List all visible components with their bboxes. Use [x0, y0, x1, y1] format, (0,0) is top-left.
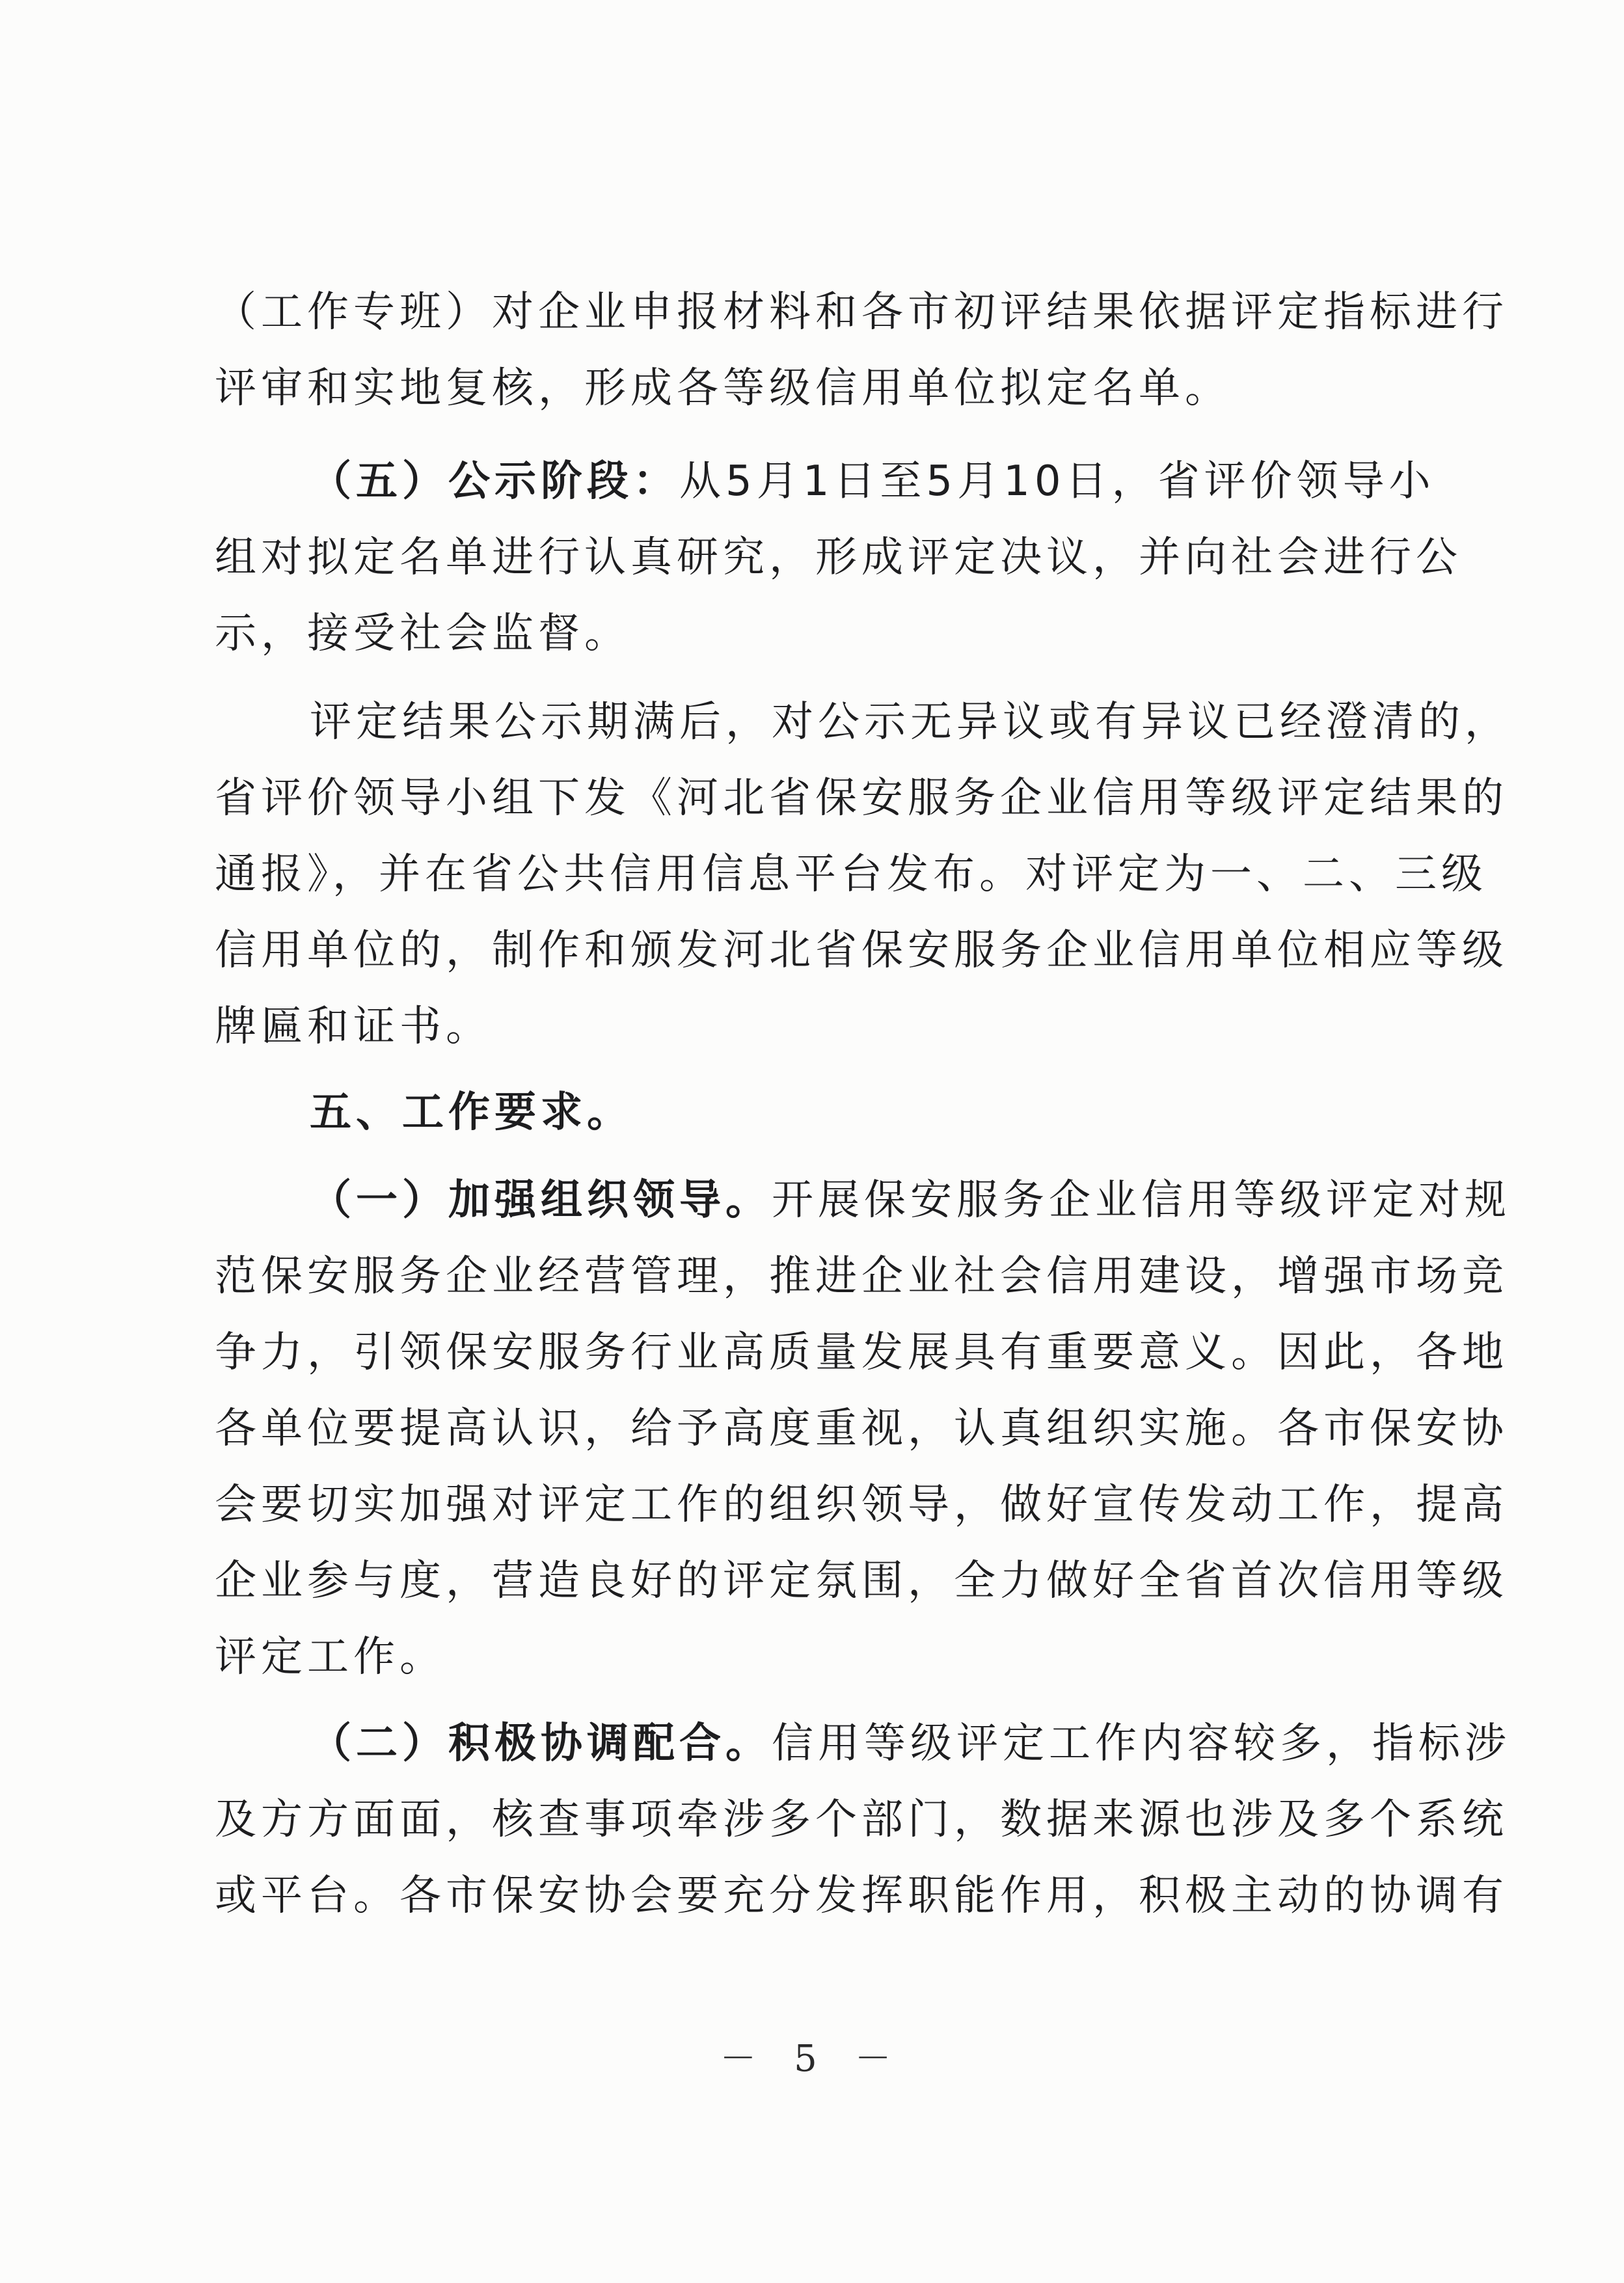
line-text: 省评价领导小组下发《河北省保安服务企业信用等级评定结果的: [215, 774, 1508, 822]
line-text: 及方方面面，核查事项牵涉多个部门，数据来源也涉及多个系统: [215, 1796, 1508, 1844]
paragraph-line: 省评价领导小组下发《河北省保安服务企业信用等级评定结果的: [215, 766, 1405, 831]
line-text: 示，接受社会监督。: [215, 610, 630, 658]
line-text: 企业参与度，营造良好的评定氛围，全力做好全省首次信用等级: [215, 1557, 1508, 1605]
line-text: （工作专班）对企业申报材料和各市初评结果依据评定指标进行: [215, 288, 1508, 336]
paragraph-line: 各单位要提高认识，给予高度重视，认真组织实施。各市保安协: [215, 1396, 1405, 1461]
subsection-publicity-stage: （五）公示阶段：从5月1日至5月10日，省评价领导小: [310, 449, 1405, 514]
paragraph-line: （工作专班）对企业申报材料和各市初评结果依据评定指标进行: [215, 280, 1405, 345]
paragraph-line: 评定结果公示期满后，对公示无异议或有异议已经澄清的，: [310, 690, 1405, 755]
line-text: 信用等级评定工作内容较多，指标涉: [772, 1720, 1511, 1768]
section-heading-work-requirements: 五、工作要求。: [310, 1080, 1405, 1145]
paragraph-line: 评定工作。: [215, 1625, 1405, 1690]
line-text: 组对拟定名单进行认真研究，形成评定决议，并向社会进行公: [215, 534, 1462, 582]
line-text: 范保安服务企业经营管理，推进企业社会信用建设，增强市场竞: [215, 1252, 1508, 1301]
section-heading: 五、工作要求。: [310, 1088, 633, 1137]
document-page: （工作专班）对企业申报材料和各市初评结果依据评定指标进行 评审和实地复核，形成各…: [0, 0, 1624, 2283]
line-text: 评定工作。: [215, 1633, 446, 1681]
paragraph-line: 及方方面面，核查事项牵涉多个部门，数据来源也涉及多个系统: [215, 1787, 1405, 1852]
line-text: 各单位要提高认识，给予高度重视，认真组织实施。各市保安协: [215, 1405, 1508, 1453]
paragraph-line: 通报》，并在省公共信用信息平台发布。对评定为一、二、三级: [215, 842, 1405, 907]
paragraph-line: 评审和实地复核，形成各等级信用单位拟定名单。: [215, 356, 1405, 421]
subsection-strengthen-leadership: （一）加强组织领导。开展保安服务企业信用等级评定对规: [310, 1168, 1405, 1233]
paragraph-line: 争力，引领保安服务行业高质量发展具有重要意义。因此，各地: [215, 1320, 1405, 1385]
paragraph-line: 示，接受社会监督。: [215, 601, 1405, 666]
subsection-heading: （二）积极协调配合。: [310, 1720, 772, 1768]
page-number: － 5 －: [0, 2030, 1624, 2082]
line-text: 会要切实加强对评定工作的组织领导，做好宣传发动工作，提高: [215, 1481, 1508, 1529]
subsection-heading: （一）加强组织领导。: [310, 1176, 772, 1224]
line-text: 开展保安服务企业信用等级评定对规: [772, 1176, 1511, 1224]
paragraph-line: 组对拟定名单进行认真研究，形成评定决议，并向社会进行公: [215, 525, 1405, 590]
paragraph-line: 信用单位的，制作和颁发河北省保安服务企业信用单位相应等级: [215, 918, 1405, 983]
paragraph-line: 范保安服务企业经营管理，推进企业社会信用建设，增强市场竞: [215, 1244, 1405, 1309]
line-text: 通报》，并在省公共信用信息平台发布。对评定为一、二、三级: [215, 850, 1487, 898]
subsection-coordination: （二）积极协调配合。信用等级评定工作内容较多，指标涉: [310, 1711, 1405, 1776]
line-text: 牌匾和证书。: [215, 1003, 492, 1051]
subsection-heading: （五）公示阶段：: [310, 457, 679, 506]
line-text: 评审和实地复核，形成各等级信用单位拟定名单。: [215, 364, 1231, 412]
line-text: 从5月1日至5月10日，省评价领导小: [679, 457, 1435, 506]
line-text: 评定结果公示期满后，对公示无异议或有异议已经澄清的，: [310, 698, 1511, 746]
line-text: 争力，引领保安服务行业高质量发展具有重要意义。因此，各地: [215, 1329, 1508, 1377]
line-text: 或平台。各市保安协会要充分发挥职能作用，积极主动的协调有: [215, 1872, 1508, 1920]
paragraph-line: 会要切实加强对评定工作的组织领导，做好宣传发动工作，提高: [215, 1472, 1405, 1537]
paragraph-line: 牌匾和证书。: [215, 994, 1405, 1059]
line-text: 信用单位的，制作和颁发河北省保安服务企业信用单位相应等级: [215, 926, 1508, 975]
paragraph-line: 企业参与度，营造良好的评定氛围，全力做好全省首次信用等级: [215, 1548, 1405, 1614]
paragraph-line: 或平台。各市保安协会要充分发挥职能作用，积极主动的协调有: [215, 1863, 1405, 1928]
